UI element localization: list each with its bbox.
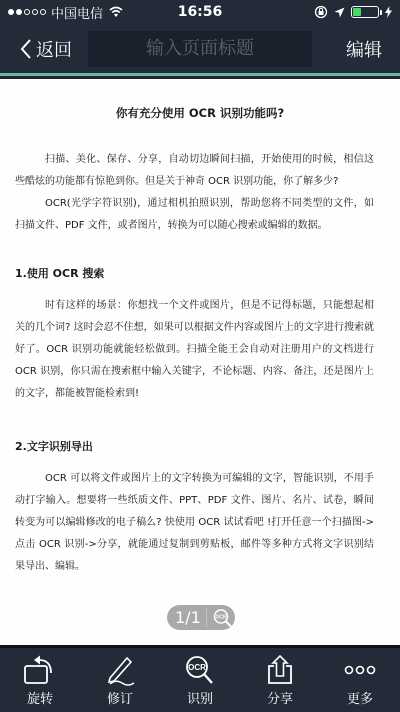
rotate-button[interactable]: 旋转 [5, 654, 75, 707]
bottom-toolbar: 旋转 修订 OCR 识别 分享 更多 [0, 645, 400, 712]
section-heading-1: 1.使用 OCR 搜索 [0, 265, 400, 281]
back-label: 返回 [36, 36, 72, 62]
svg-text:OCR: OCR [215, 614, 227, 620]
pen-icon [102, 654, 138, 686]
ocr-recognize-button[interactable]: OCR 识别 [165, 654, 235, 707]
page-number: 1/1 [175, 608, 201, 627]
intro-paragraph-1: 扫描、美化、保存、分享，自动切边瞬间扫描，开始使用的时候，相信这些酷炫的功能都有… [0, 149, 400, 193]
location-arrow-icon [334, 7, 345, 18]
back-button[interactable]: 返回 [0, 36, 88, 62]
battery-icon [351, 6, 379, 18]
carrier-name: 中国电信 [51, 3, 103, 22]
share-label: 分享 [267, 688, 293, 707]
svg-text:OCR: OCR [188, 663, 206, 672]
revise-button[interactable]: 修订 [85, 654, 155, 707]
divider [206, 609, 207, 627]
page-indicator[interactable]: 1/1 OCR [167, 605, 235, 630]
ocr-search-icon: OCR [182, 654, 218, 686]
chevron-left-icon [20, 39, 32, 59]
nav-bar: 返回 编辑 [0, 24, 400, 76]
ocr-search-icon[interactable]: OCR [212, 608, 234, 628]
revise-label: 修订 [107, 688, 133, 707]
section-heading-2: 2.文字识别导出 [0, 438, 400, 454]
document-page: 你有充分使用 OCR 识别功能吗? 扫描、美化、保存、分享，自动切边瞬间扫描，开… [0, 79, 400, 645]
status-bar: 中国电信 16:56 [0, 0, 400, 24]
wifi-icon [109, 6, 123, 18]
document-title: 你有充分使用 OCR 识别功能吗? [0, 105, 400, 121]
more-button[interactable]: 更多 [325, 654, 395, 707]
orientation-lock-icon [314, 5, 328, 19]
intro-paragraph-2: OCR(光学字符识别)，通过相机拍照识别，帮助您将不同类型的文件，如扫描文件、P… [0, 193, 400, 237]
share-icon [262, 654, 298, 686]
rotate-icon [22, 654, 58, 686]
more-icon [342, 654, 378, 686]
more-label: 更多 [347, 688, 373, 707]
rotate-label: 旋转 [27, 688, 53, 707]
charging-bolt-icon [385, 6, 392, 18]
edit-button[interactable]: 编辑 [346, 36, 382, 62]
page-title-input[interactable] [88, 31, 312, 67]
ocr-label: 识别 [187, 688, 213, 707]
section-body-1: 时有这样的场景：你想找一个文件或图片，但是不记得标题，只能想起相关的几个词? 这… [0, 295, 400, 405]
share-button[interactable]: 分享 [245, 654, 315, 707]
signal-strength-icon [8, 9, 46, 15]
section-body-2: OCR 可以将文件或图片上的文字转换为可编辑的文字，智能识别，不用手动打字输入。… [0, 468, 400, 578]
